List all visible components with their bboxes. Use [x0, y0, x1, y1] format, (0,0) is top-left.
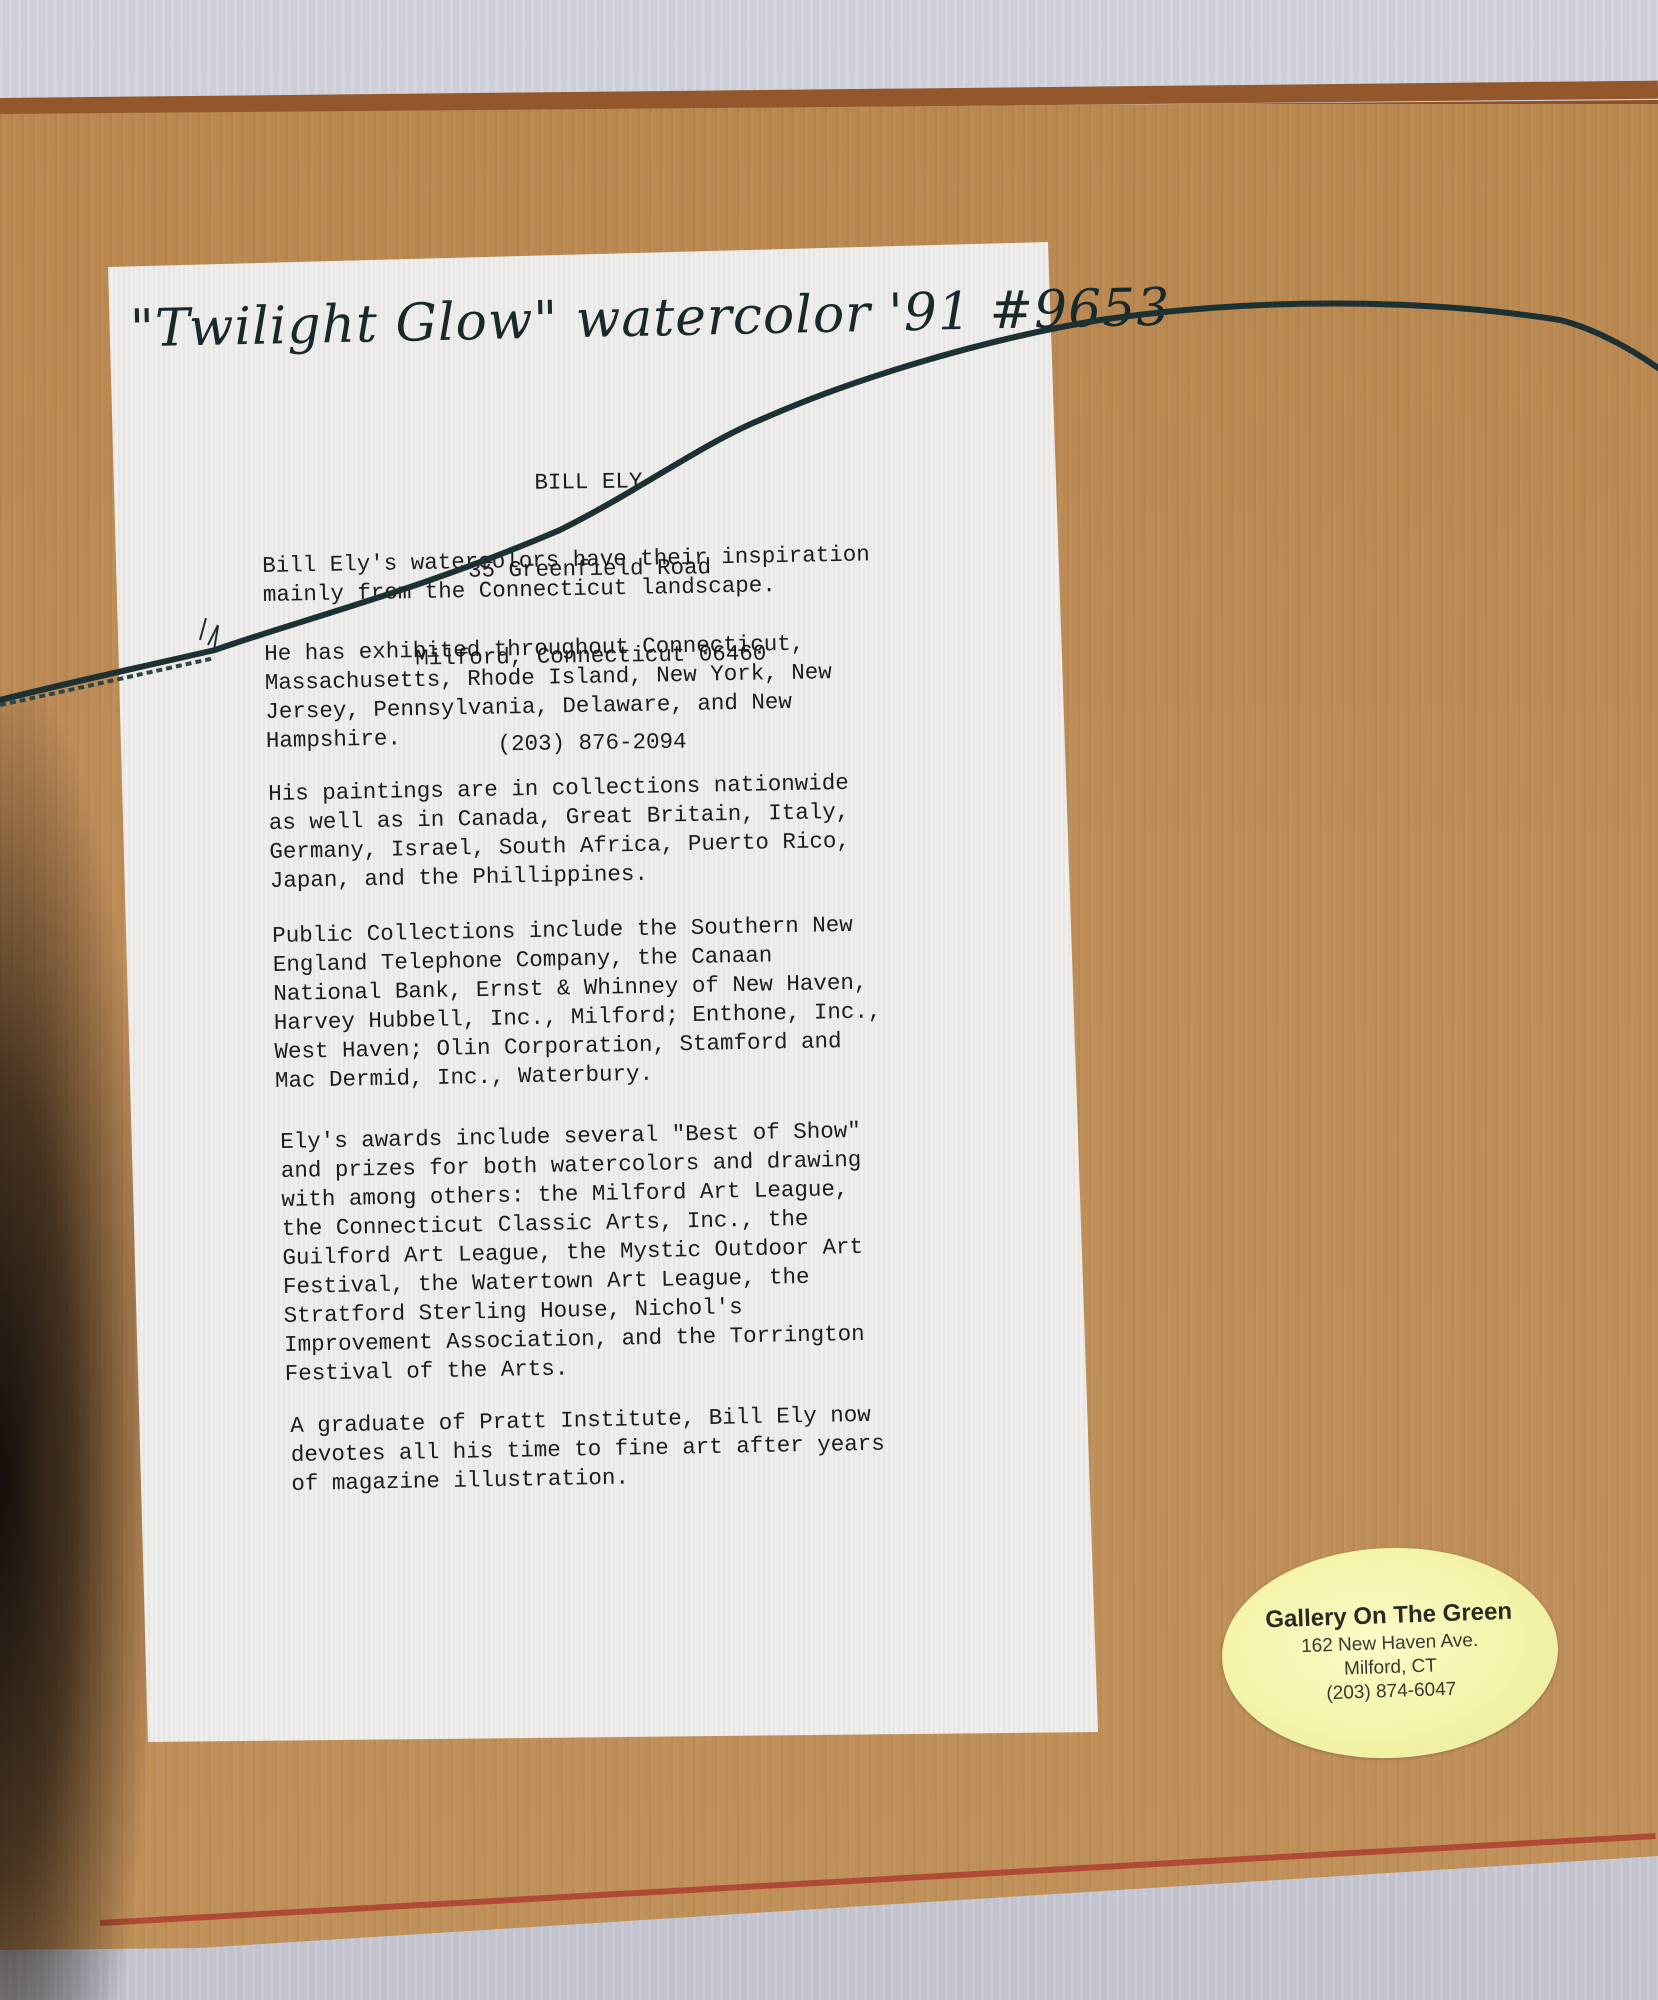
bio-paragraph-collections: His paintings are in collections nationw… — [268, 769, 851, 896]
gallery-address: 162 New Haven Ave. — [1301, 1629, 1479, 1659]
bio-paragraph-inspiration: Bill Ely's watercolors have their inspir… — [262, 540, 871, 610]
bio-paragraph-awards: Ely's awards include several "Best of Sh… — [280, 1117, 866, 1389]
artist-name: BILL ELY — [378, 465, 798, 500]
bio-paragraph-public-collections: Public Collections include the Southern … — [272, 910, 883, 1096]
bio-paragraph-exhibitions: He has exhibited throughout Connecticut,… — [264, 629, 833, 756]
gallery-city: Milford, CT — [1344, 1654, 1438, 1681]
gallery-phone: (203) 874-6047 — [1326, 1678, 1457, 1707]
bio-paragraph-education: A graduate of Pratt Institute, Bill Ely … — [290, 1401, 886, 1499]
